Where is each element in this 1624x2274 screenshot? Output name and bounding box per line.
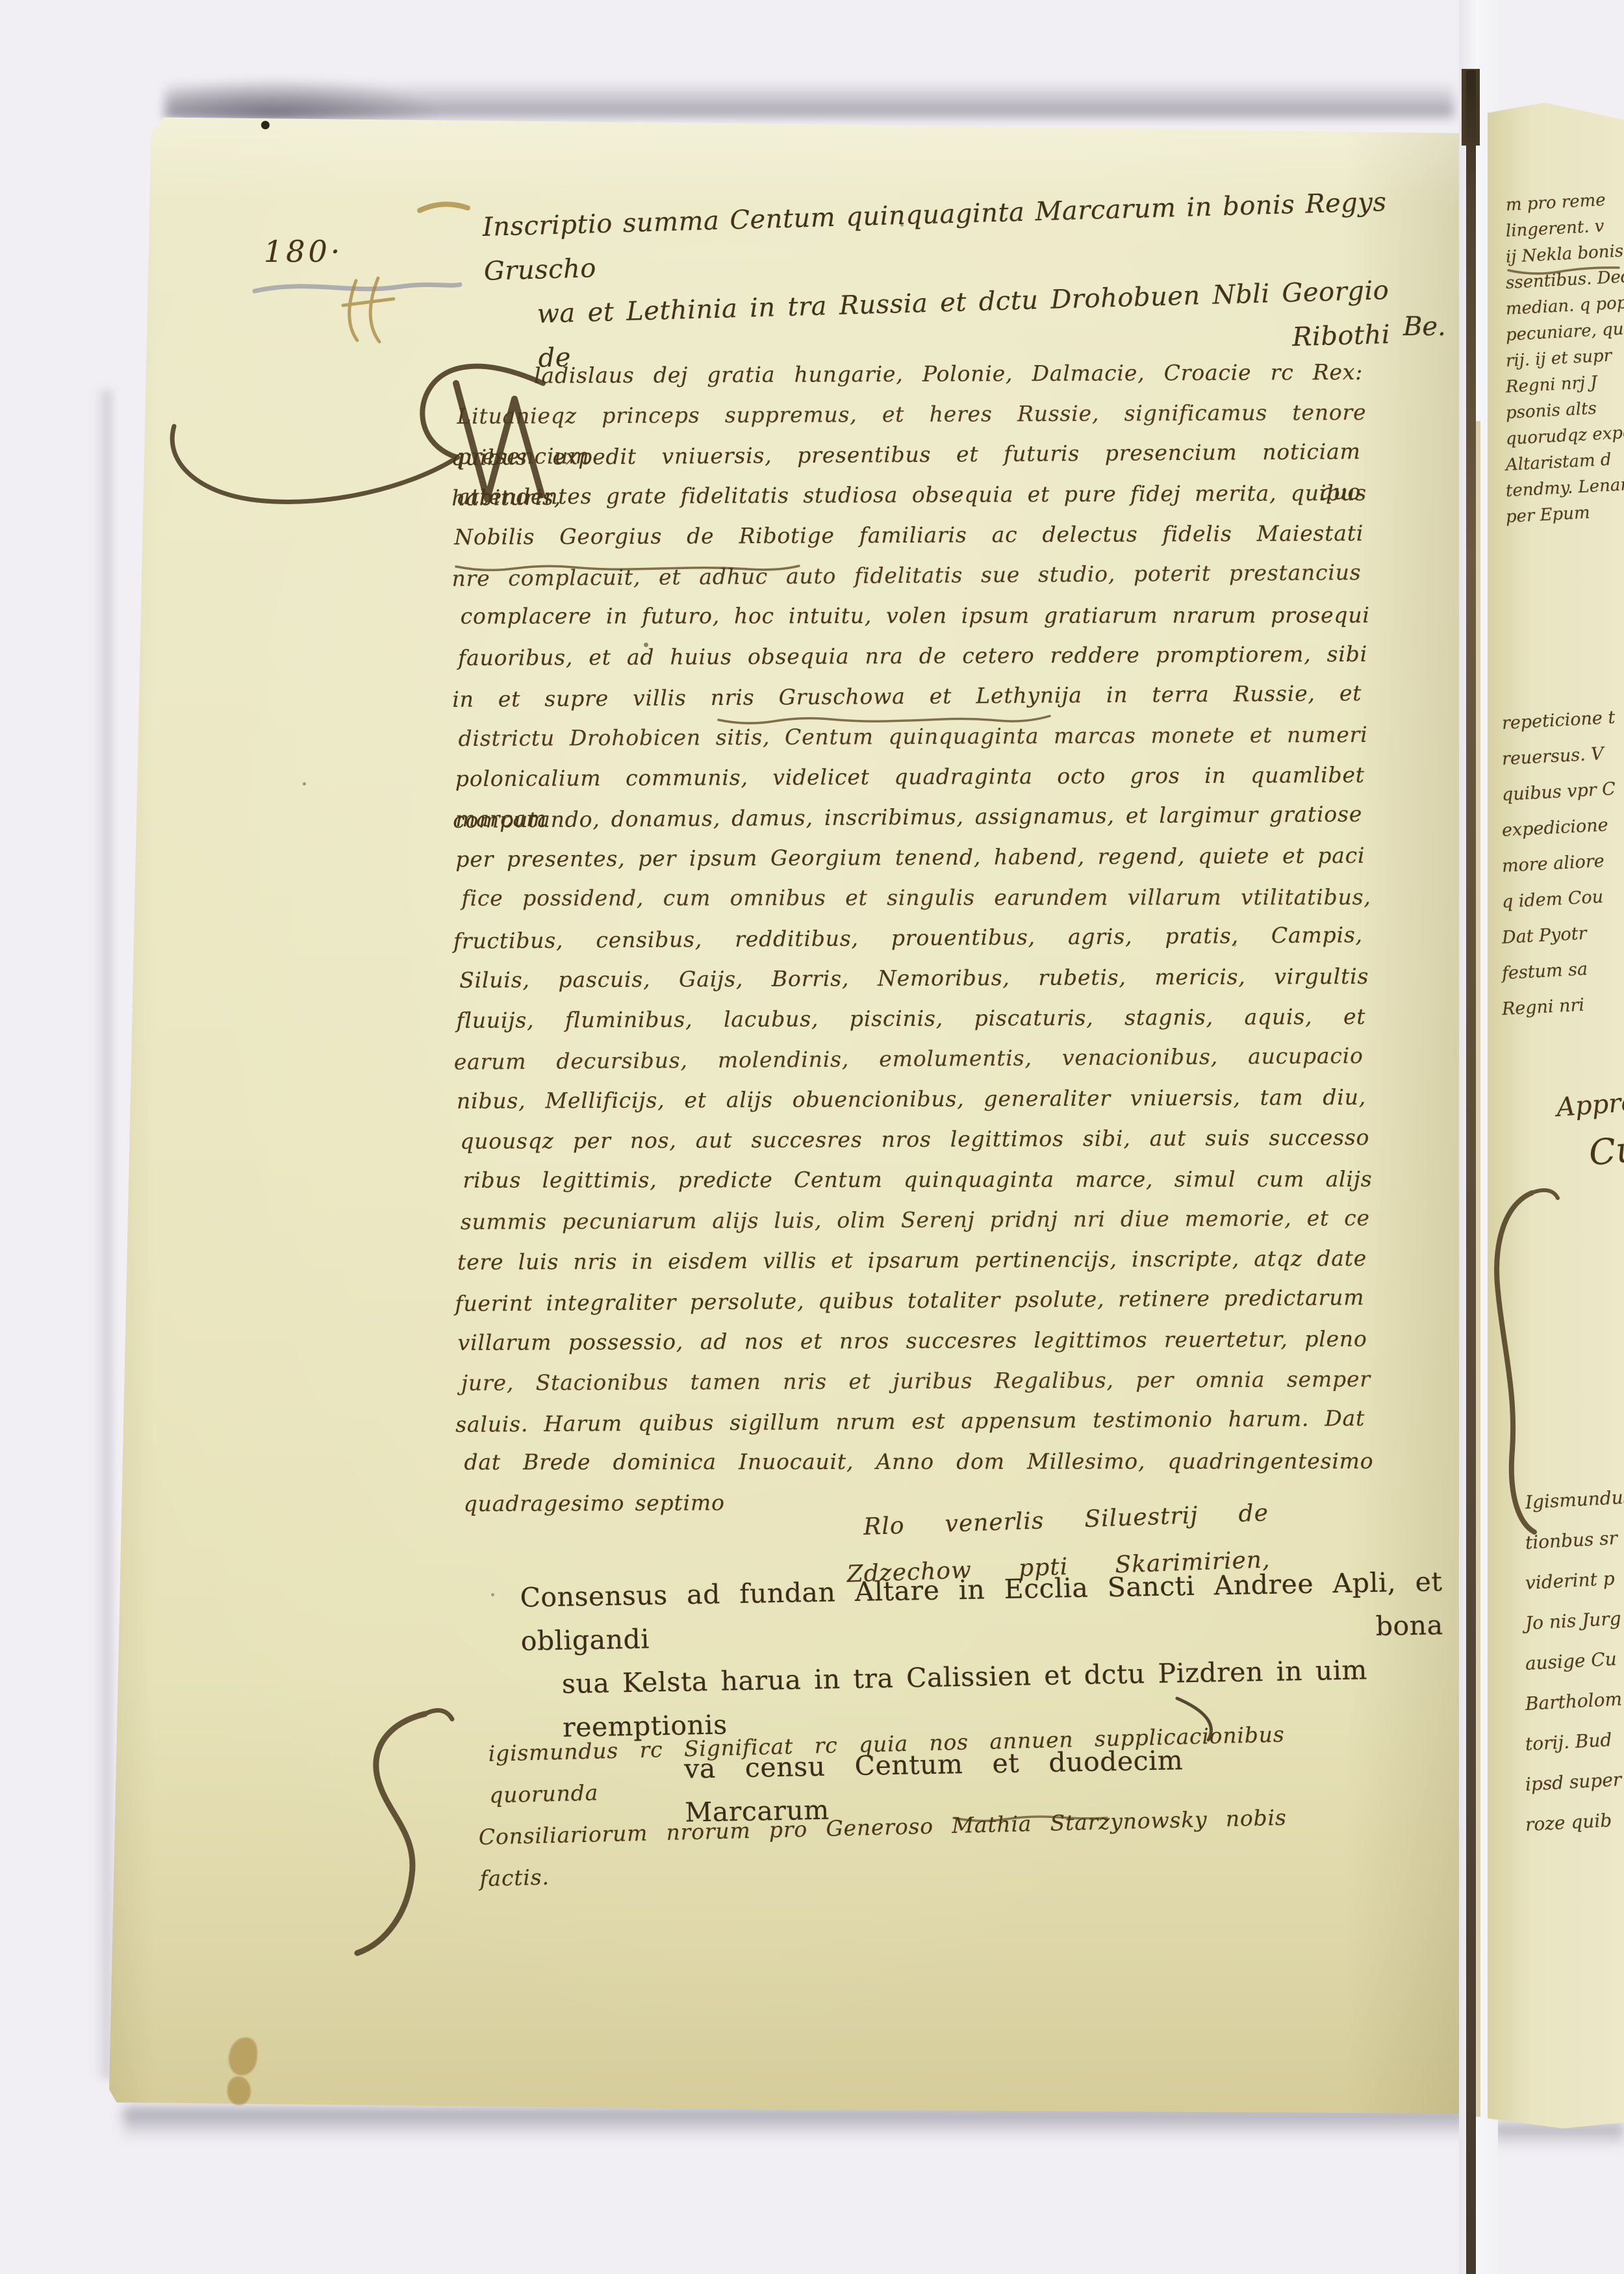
- entry-heading: Inscriptio summa Centum quinquaginta Mar…: [482, 180, 1391, 382]
- manuscript-line-fragment: viderint p: [1524, 1556, 1624, 1603]
- manuscript-line: polonicalium communis, videlicet quadrag…: [455, 755, 1365, 799]
- manuscript-line: jure, Stacionibus tamen nris et juribus …: [461, 1359, 1371, 1403]
- gutter-page-edge: [1476, 421, 1480, 2117]
- ink-speck: [261, 121, 270, 129]
- heading2-line-1: Consensus ad fundan Altare in Ecclia San…: [520, 1560, 1443, 1663]
- manuscript-line-fragment: ipsd super: [1524, 1757, 1624, 1805]
- parchment-stain: [227, 2076, 251, 2105]
- manuscript-line: quousqz per nos, aut succesres nros legi…: [460, 1118, 1369, 1162]
- manuscript-line-fragment: Igismundus: [1524, 1476, 1624, 1523]
- charter-body: ladislaus dej gratia hungarie, Polonie, …: [453, 352, 1368, 1524]
- manuscript-line: quibus expedit vniuersis, presentibus et…: [451, 431, 1360, 478]
- right-page-lines-top: m pro remelingerent. vij Nekla bonisssen…: [1506, 192, 1624, 530]
- manuscript-line: computando, donamus, damus, inscribimus,…: [453, 794, 1362, 841]
- manuscript-line: tere luis nris in eisdem villis et ipsar…: [457, 1238, 1367, 1283]
- manuscript-line: Siluis, pascuis, Gaijs, Borris, Nemoribu…: [459, 956, 1369, 1001]
- manuscript-line: attendentes grate fidelitatis studiosa o…: [457, 473, 1367, 517]
- right-page-lines-bottom: Igismundustionbus srviderint pJo nis Jur…: [1525, 1483, 1624, 1845]
- manuscript-line: fuerint integraliter persolute, quibus t…: [455, 1277, 1364, 1324]
- manuscript-line: nre complacuit, et adhuc auto fidelitati…: [451, 552, 1361, 599]
- manuscript-line: villarum possessio, ad nos et nros succe…: [457, 1319, 1367, 1363]
- manuscript-line: fauoribus, et ad huius obsequia nra de c…: [458, 634, 1367, 678]
- manuscript-line: in et supre villis nris Gruschowa et Let…: [452, 673, 1362, 720]
- heading-tail-note: Be.: [1403, 312, 1446, 342]
- page-top-corner-shadow: [162, 77, 442, 120]
- manuscript-line: complacere in futuro, hoc intuitu, volen…: [461, 595, 1370, 637]
- manuscript-line: earum decursibus, molendinis, emolumenti…: [454, 1036, 1364, 1082]
- page-bottom-shadow: [123, 2108, 1468, 2139]
- right-page-heading-fragment-2: Cu: [1587, 1129, 1624, 1173]
- gutter-binding-line: [1466, 70, 1476, 2274]
- page-left-shadow: [95, 390, 112, 2079]
- manuscript-line-fragment: ausige Cu: [1524, 1637, 1624, 1684]
- second-entry-text: igismundus rc Significat rc quia nos ann…: [476, 1714, 1288, 1900]
- manuscript-line-fragment: torij. Bud: [1524, 1717, 1624, 1765]
- manuscript-line-fragment: more aliore: [1501, 841, 1624, 884]
- manuscript-line-fragment: Regni nri: [1501, 984, 1624, 1027]
- manuscript-scan: 180· Inscriptio summa Centum quinquagint…: [0, 0, 1624, 2274]
- manuscript-line: saluis. Harum quibus sigillum nrum est a…: [455, 1398, 1365, 1445]
- manuscript-line-fragment: roze quib: [1524, 1798, 1624, 1845]
- manuscript-line-fragment: quibus vpr C: [1501, 769, 1624, 813]
- manuscript-line-fragment: reuersus. V: [1501, 734, 1624, 777]
- manuscript-line: per presentes, per ipsum Georgium tenend…: [455, 836, 1365, 880]
- manuscript-line-fragment: Dat Pyotr: [1501, 912, 1624, 956]
- manuscript-line-fragment: tionbus sr: [1524, 1516, 1624, 1563]
- manuscript-line-fragment: Jo nis Jurg: [1524, 1596, 1624, 1644]
- right-page-lines-middle: repeticione treuersus. Vquibus vpr Cexpe…: [1502, 706, 1624, 1027]
- manuscript-line-fragment: festum sa: [1501, 948, 1624, 991]
- manuscript-line: ribus legittimis, predicte Centum quinqu…: [463, 1159, 1373, 1201]
- manuscript-line: ladislaus dej gratia hungarie, Polonie, …: [453, 352, 1363, 396]
- manuscript-line: nibus, Mellificijs, et alijs obuencionib…: [457, 1077, 1366, 1121]
- manuscript-line: Nobilis Georgius de Ribotige familiaris …: [454, 513, 1364, 557]
- manuscript-line: districtu Drohobicen sitis, Centum quinq…: [458, 715, 1367, 759]
- manuscript-line-fragment: expedicione: [1501, 805, 1624, 849]
- page-number: 180·: [264, 234, 343, 269]
- manuscript-line: fluuijs, fluminibus, lacubus, piscinis, …: [456, 997, 1365, 1041]
- manuscript-line: Lituanieqz princeps suppremus, et heres …: [457, 392, 1366, 437]
- manuscript-line: fructibus, censibus, redditibus, prouent…: [453, 915, 1363, 962]
- manuscript-line: summis pecuniarum alijs luis, olim Seren…: [461, 1198, 1370, 1242]
- manuscript-line: fice possidend, cum omnibus et singulis …: [462, 877, 1371, 919]
- manuscript-line-fragment: q idem Cou: [1501, 876, 1624, 920]
- manuscript-line-fragment: Bartholom: [1524, 1677, 1624, 1724]
- manuscript-line-fragment: repeticione t: [1501, 698, 1624, 741]
- manuscript-line: dat Brede dominica Inuocauit, Anno dom M…: [464, 1441, 1373, 1483]
